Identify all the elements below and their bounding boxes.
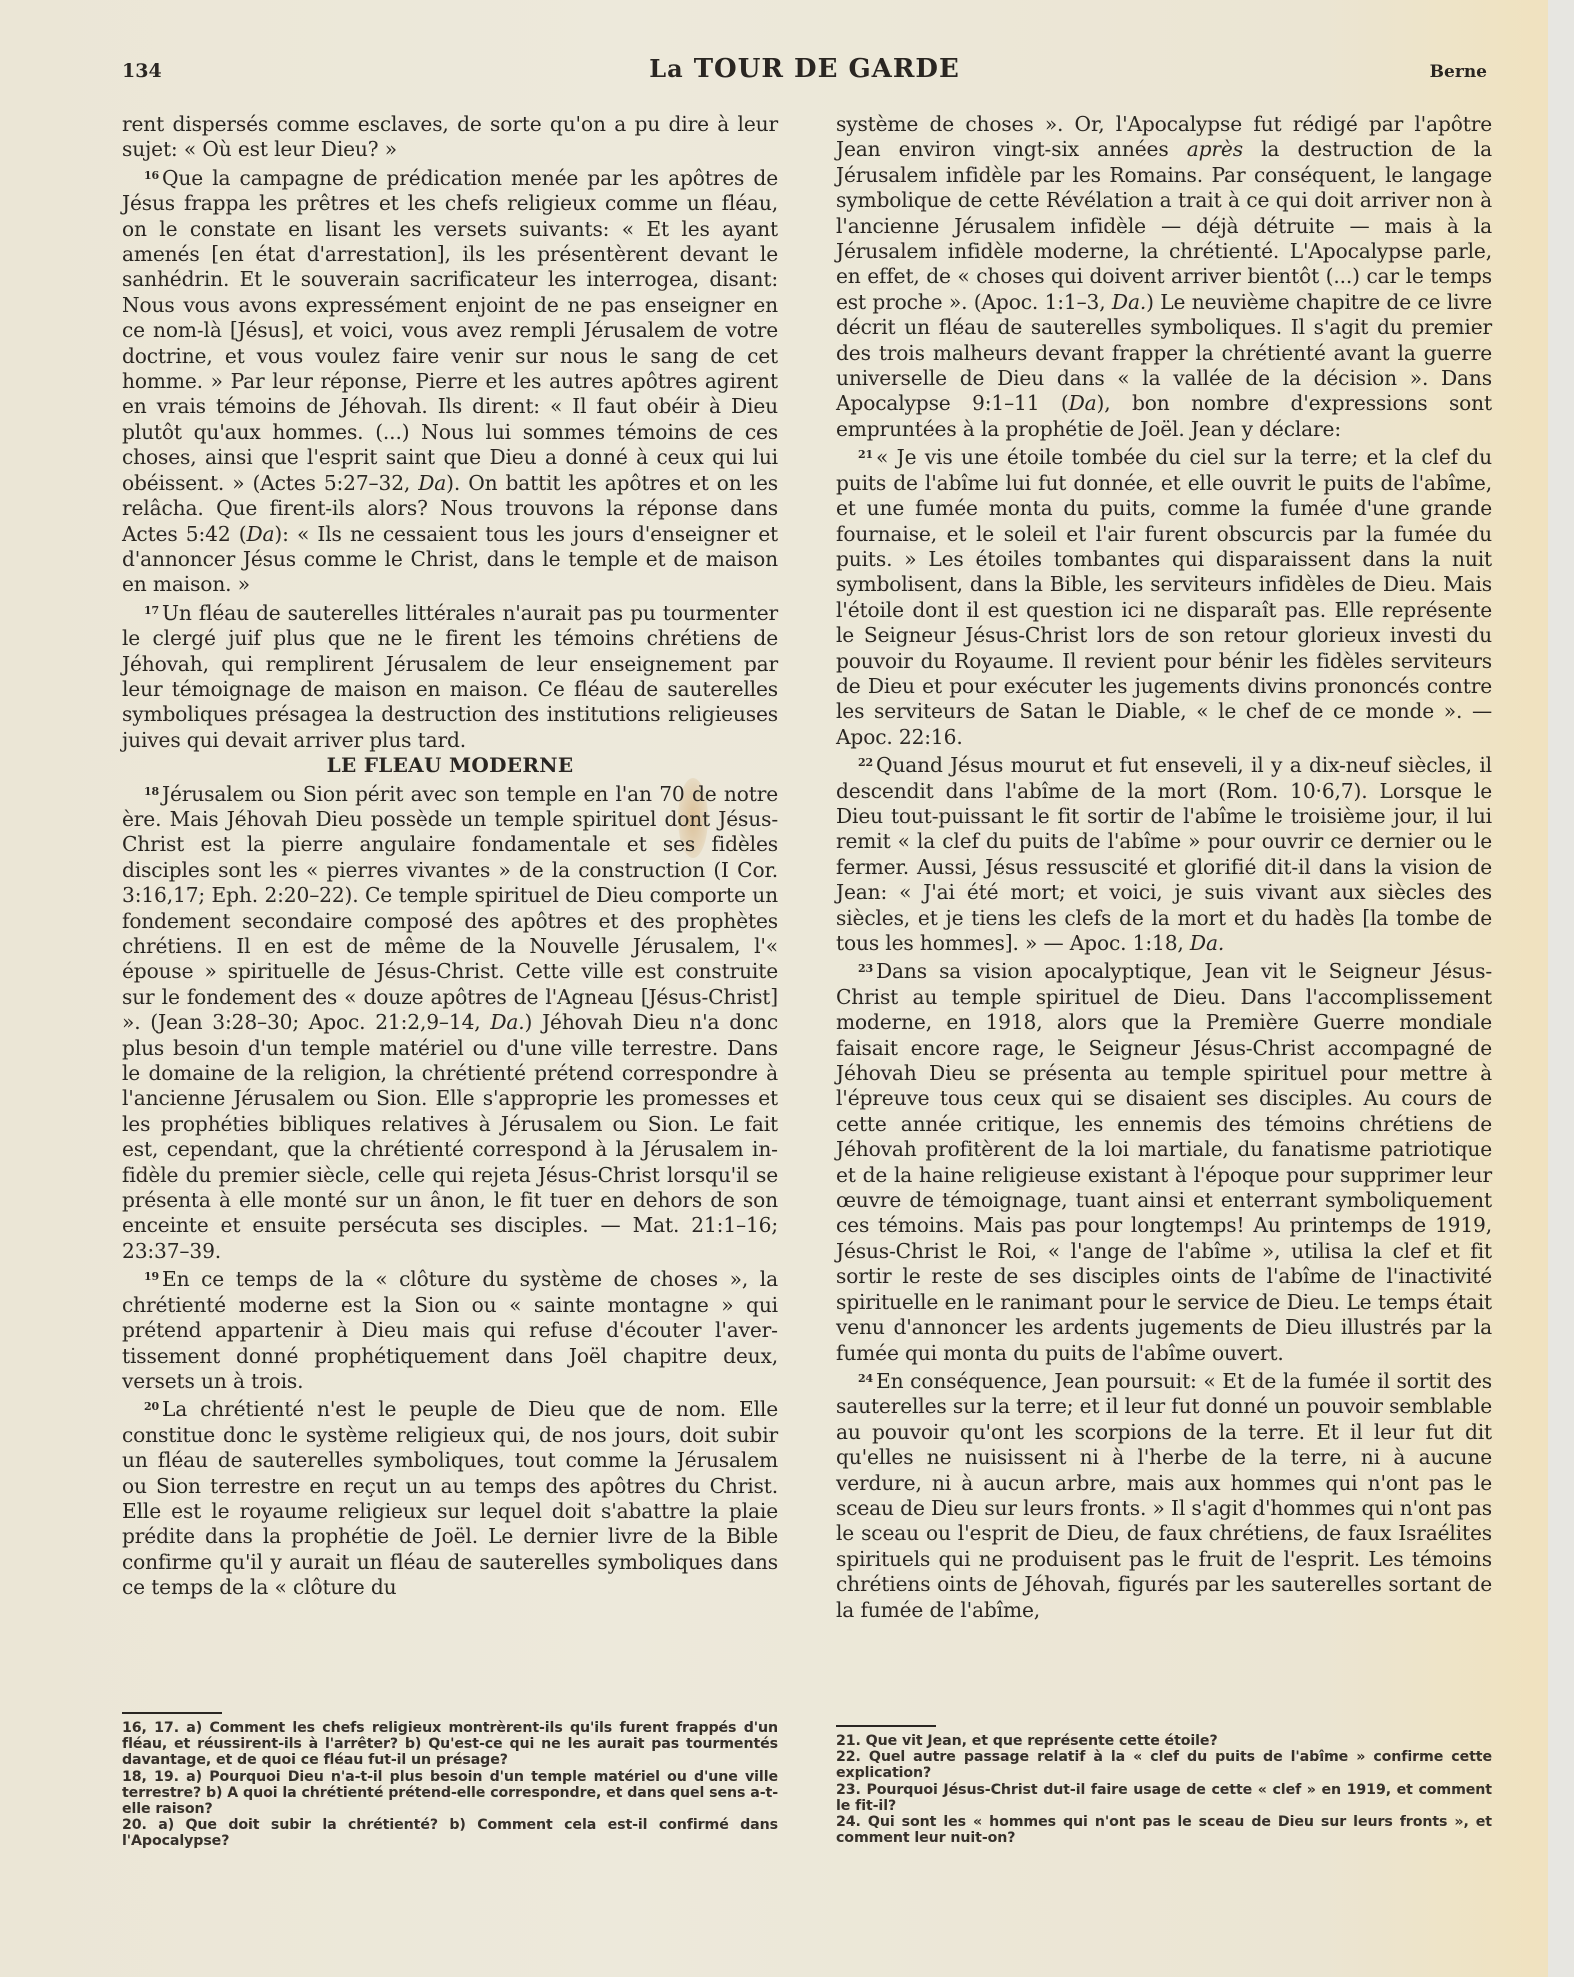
paragraph-17: 17Un fléau de sauterelles littérales n'a… [122,598,778,753]
bible-version-abbrev: Da [1069,391,1097,415]
paragraph-text: En ce temps de la « clôture du système d… [122,1267,778,1393]
emphasis-text: après [1187,137,1243,161]
paragraph-text: La chrétienté n'est le peuple de Dieu qu… [122,1397,778,1599]
paragraph-21: 21« Je vis une étoile tombée du ciel sur… [836,442,1492,750]
running-header: 134 La TOUR DE GARDE Berne [122,54,1487,94]
study-question: 21. Que vit Jean, et que représente cett… [836,1733,1492,1749]
paragraph-text: « Je vis une étoile tombée du ciel sur l… [836,445,1492,748]
paragraph-22: 22Quand Jésus mourut et fut enseveli, il… [836,750,1492,956]
title-prefix: La [649,54,683,83]
paragraph-number: 19 [144,1270,159,1283]
paragraph-19: 19En ce temps de la « clôture du système… [122,1264,778,1394]
scan-background-edge [1548,0,1574,1977]
paragraph-20: 20La chrétienté n'est le peuple de Dieu … [122,1394,778,1600]
footnote-divider [122,1712,222,1714]
paragraph-continuation: rent dispersés comme esclaves, de sorte … [122,112,778,163]
paragraph-text: la destruction de la Jérusalem infidèle … [836,137,1492,313]
magazine-page: 134 La TOUR DE GARDE Berne rent dispersé… [0,0,1548,1977]
paragraph-number: 21 [858,448,873,461]
paragraph-text: Quand Jésus mourut et fut enseveli, il y… [836,753,1492,955]
study-question: 16, 17. a) Comment les chefs religieux m… [122,1720,778,1769]
bible-version-abbrev: Da [246,522,274,546]
right-column: système de choses ». Or, l'Apocalypse fu… [836,112,1492,1623]
bible-version-abbrev: Da. [1190,931,1224,955]
study-questions-right: 21. Que vit Jean, et que représente cett… [836,1725,1492,1846]
study-question: 18, 19. a) Pourquoi Dieu n'a-t-il plus b… [122,1769,778,1818]
paragraph-number: 20 [144,1400,159,1413]
paragraph-number: 24 [858,1372,873,1385]
study-question: 23. Pourquoi Jésus-Christ dut-il faire u… [836,1782,1492,1814]
paragraph-text: En conséquence, Jean poursuit: « Et de l… [836,1369,1492,1622]
title-main: TOUR DE GARDE [694,54,960,84]
paragraph-text: ) Jéhovah Dieu n'a donc plus besoin d'un… [122,1010,778,1263]
paragraph-18: 18Jérusalem ou Sion périt avec son templ… [122,779,778,1265]
paragraph-text: Dans sa vision apocalyptique, Jean vit l… [836,959,1492,1364]
bible-version-abbrev: Da. [490,1010,524,1034]
paragraph-number: 17 [144,604,159,617]
left-column: rent dispersés comme esclaves, de sorte … [122,112,778,1601]
footnote-divider [836,1725,936,1727]
edition-label: Berne [1430,62,1487,82]
publication-title: La TOUR DE GARDE [122,54,1487,84]
paragraph-number: 18 [144,785,159,798]
paragraph-text: Jérusalem ou Sion périt avec son temple … [122,782,778,1035]
study-question: 22. Quel autre passage relatif à la « cl… [836,1749,1492,1781]
paragraph-text: Un fléau de sauterelles littérales n'aur… [122,601,778,752]
paragraph-23: 23Dans sa vision apocalyptique, Jean vit… [836,956,1492,1366]
paragraph-number: 16 [144,169,159,182]
paragraph-24: 24En conséquence, Jean poursuit: « Et de… [836,1366,1492,1623]
bible-version-abbrev: Da. [1112,290,1146,314]
study-question: 20. a) Que doit subir la chrétienté? b) … [122,1817,778,1849]
paragraph-number: 23 [858,962,873,975]
bible-version-abbrev: Da [418,471,446,495]
section-heading: LE FLEAU MODERNE [122,753,778,778]
paragraph-16: 16Que la campagne de prédication menée p… [122,163,778,598]
paragraph-text: Que la campagne de prédication menée par… [122,166,778,495]
study-questions-left: 16, 17. a) Comment les chefs religieux m… [122,1712,778,1850]
paragraph-number: 22 [858,756,873,769]
study-question: 24. Qui sont les « hommes qui n'ont pas … [836,1814,1492,1846]
paragraph-continuation: système de choses ». Or, l'Apocalypse fu… [836,112,1492,442]
